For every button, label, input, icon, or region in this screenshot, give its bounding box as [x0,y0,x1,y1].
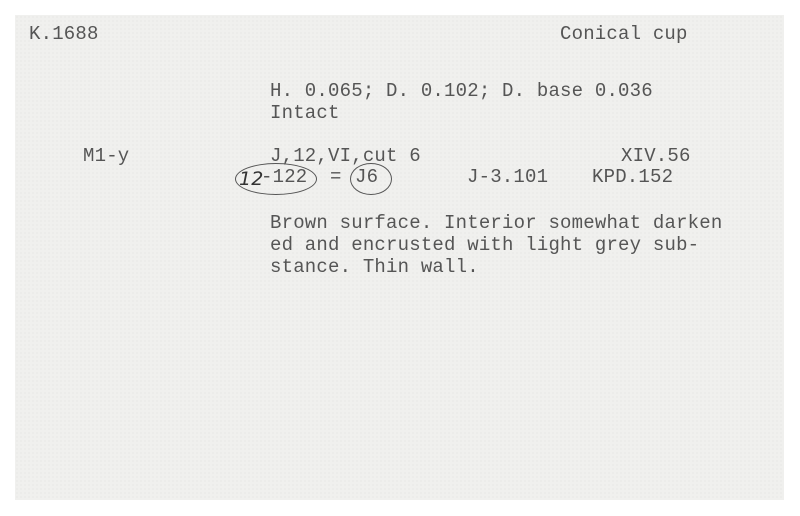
condition: Intact [270,102,340,124]
catalog-card: K.1688 Conical cup H. 0.065; D. 0.102; D… [15,15,784,500]
dimensions: H. 0.065; D. 0.102; D. base 0.036 [270,80,653,102]
equals-sign: = [330,166,342,188]
handwritten-prefix: 12 [239,168,264,190]
object-type: Conical cup [560,23,688,45]
photo-ref: J-3.101 [467,166,548,188]
date-ref: XIV.56 [621,145,691,167]
description-line-1: Brown surface. Interior somewhat darken [270,212,722,234]
catalog-number: K.1688 [29,23,99,45]
publication-ref: KPD.152 [592,166,673,188]
description-line-2: ed and encrusted with light grey sub- [270,234,699,256]
location-code: M1-y [83,145,129,167]
description-line-3: stance. Thin wall. [270,256,479,278]
field-number-suffix: -122 [261,166,307,188]
circled-ref: J6 [355,166,378,188]
